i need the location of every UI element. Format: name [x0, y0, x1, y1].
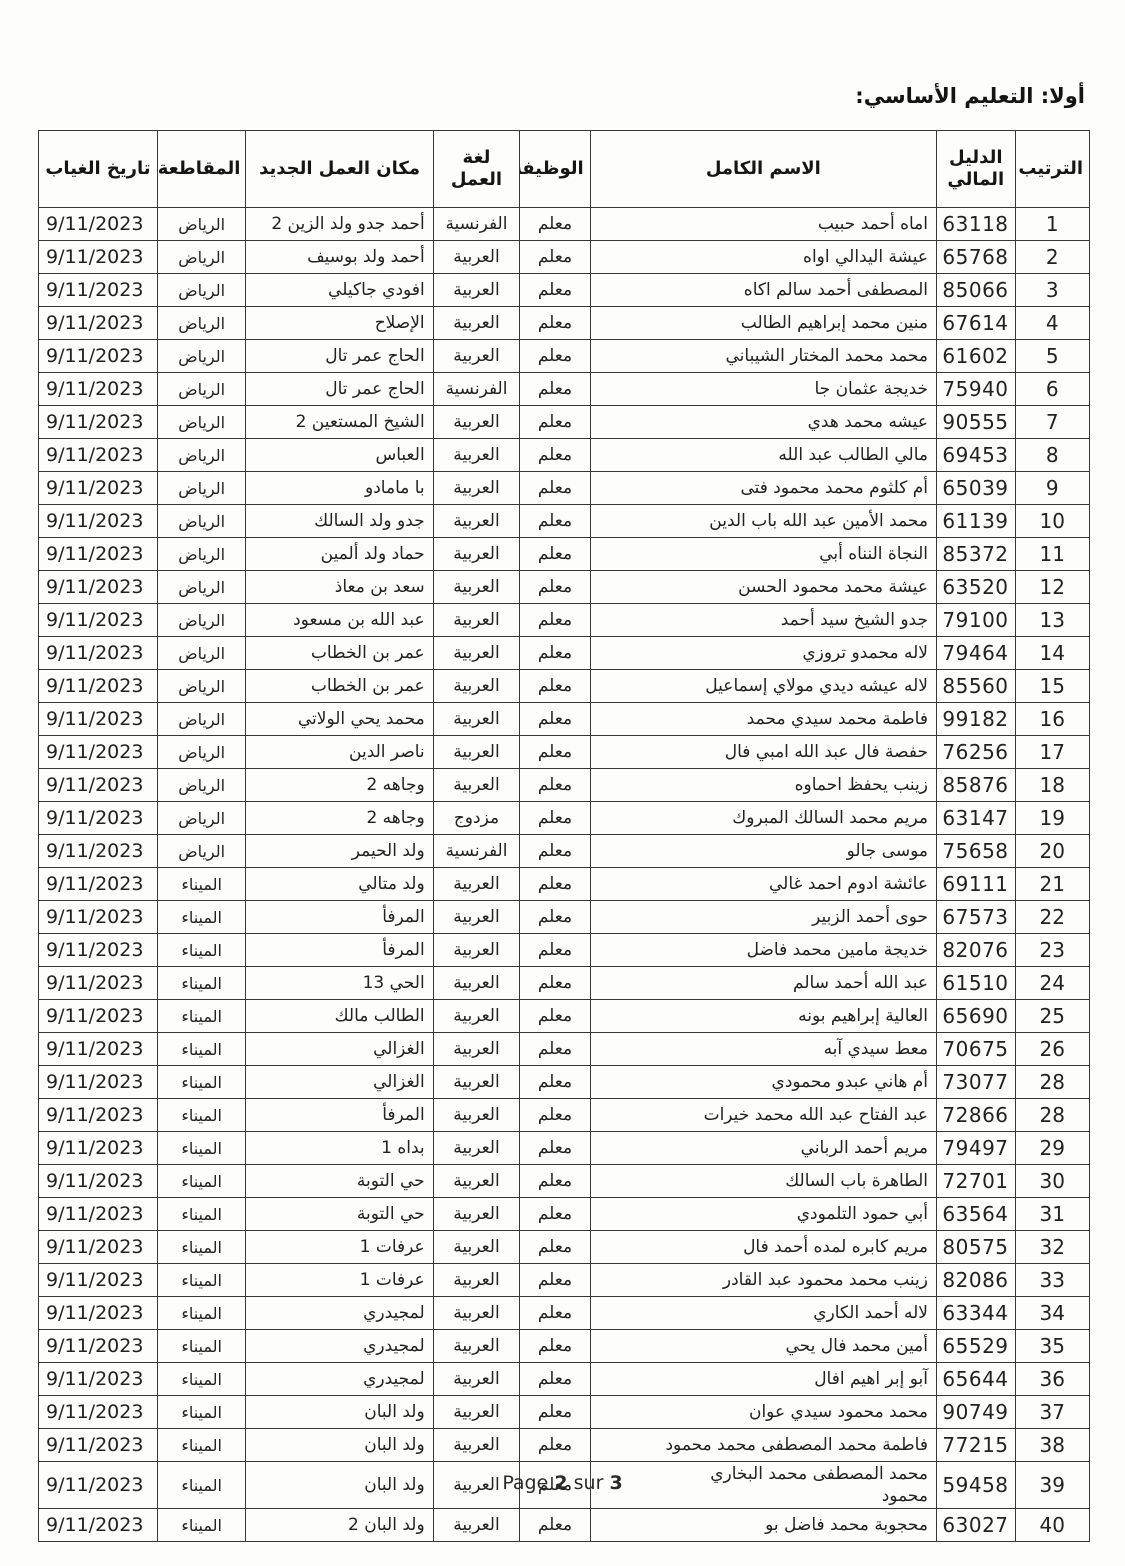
cell-place: الغزالي	[246, 1033, 433, 1066]
cell-lang: العربية	[433, 1264, 520, 1297]
cell-district: الرياض	[157, 703, 246, 736]
cell-id: 99182	[937, 703, 1016, 736]
cell-job: معلم	[520, 1132, 590, 1165]
cell-date: 9/11/2023	[39, 934, 158, 967]
cell-id: 79497	[937, 1132, 1016, 1165]
cell-place: الإصلاح	[246, 307, 433, 340]
cell-date: 9/11/2023	[39, 967, 158, 1000]
cell-rank: 36	[1015, 1363, 1089, 1396]
table-row: 1479464لاله محمدو تروزيمعلمالعربيةعمر بن…	[39, 637, 1090, 670]
cell-rank: 33	[1015, 1264, 1089, 1297]
cell-rank: 12	[1015, 571, 1089, 604]
table-row: 1585560لاله عيشه ديدي مولاي إسماعيلمعلما…	[39, 670, 1090, 703]
cell-name: أبي حمود التلمودي	[590, 1198, 936, 1231]
table-row: 1061139محمد الأمين عبد الله باب الدينمعل…	[39, 505, 1090, 538]
cell-id: 63147	[937, 802, 1016, 835]
cell-date: 9/11/2023	[39, 1231, 158, 1264]
cell-rank: 38	[1015, 1429, 1089, 1462]
cell-place: سعد بن معاذ	[246, 571, 433, 604]
cell-id: 69453	[937, 439, 1016, 472]
table-row: 2267573حوى أحمد الزبيرمعلمالعربيةالمرفأا…	[39, 901, 1090, 934]
cell-job: معلم	[520, 1363, 590, 1396]
cell-place: ولد البان	[246, 1429, 433, 1462]
cell-place: الغزالي	[246, 1066, 433, 1099]
cell-place: بداه 1	[246, 1132, 433, 1165]
cell-district: الميناء	[157, 1363, 246, 1396]
cell-rank: 32	[1015, 1231, 1089, 1264]
table-row: 1885876زينب يحفظ احماوهمعلمالعربيةوجاهه …	[39, 769, 1090, 802]
cell-lang: العربية	[433, 1033, 520, 1066]
cell-id: 76256	[937, 736, 1016, 769]
cell-date: 9/11/2023	[39, 538, 158, 571]
cell-date: 9/11/2023	[39, 505, 158, 538]
cell-district: الميناء	[157, 868, 246, 901]
cell-name: مريم أحمد الرباني	[590, 1132, 936, 1165]
cell-name: محمد محمود سيدي عوان	[590, 1396, 936, 1429]
cell-id: 65644	[937, 1363, 1016, 1396]
cell-job: معلم	[520, 505, 590, 538]
cell-name: أمين محمد فال يحي	[590, 1330, 936, 1363]
table-row: 1963147مريم محمد السالك المبروكمعلممزدوج…	[39, 802, 1090, 835]
cell-job: معلم	[520, 373, 590, 406]
cell-date: 9/11/2023	[39, 1429, 158, 1462]
cell-id: 67573	[937, 901, 1016, 934]
cell-job: معلم	[520, 1198, 590, 1231]
table-row: 3790749محمد محمود سيدي عوانمعلمالعربيةول…	[39, 1396, 1090, 1429]
cell-place: الحاج عمر تال	[246, 373, 433, 406]
cell-name: لاله عيشه ديدي مولاي إسماعيل	[590, 670, 936, 703]
table-row: 467614منين محمد إبراهيم الطالبمعلمالعربي…	[39, 307, 1090, 340]
table-header-row: الترتيبالدليل الماليالاسم الكاملالوظيفةل…	[39, 131, 1090, 208]
cell-name: العالية إبراهيم بونه	[590, 1000, 936, 1033]
cell-date: 9/11/2023	[39, 439, 158, 472]
table-row: 2075658موسى جالومعلمالفرنسيةولد الحيمرال…	[39, 835, 1090, 868]
cell-district: الميناء	[157, 1132, 246, 1165]
cell-place: المرفأ	[246, 1099, 433, 1132]
cell-district: الرياض	[157, 373, 246, 406]
cell-district: الميناء	[157, 1396, 246, 1429]
table-row: 3565529أمين محمد فال يحيمعلمالعربيةلمجيد…	[39, 1330, 1090, 1363]
cell-rank: 26	[1015, 1033, 1089, 1066]
table-row: 4063027محجوبة محمد فاضل بومعلمالعربيةولد…	[39, 1509, 1090, 1542]
cell-place: عرفات 1	[246, 1264, 433, 1297]
cell-date: 9/11/2023	[39, 604, 158, 637]
cell-district: الميناء	[157, 1033, 246, 1066]
table-row: 3877215فاطمة محمد المصطفى محمد محمودمعلم…	[39, 1429, 1090, 1462]
cell-id: 63564	[937, 1198, 1016, 1231]
cell-rank: 24	[1015, 967, 1089, 1000]
cell-lang: العربية	[433, 1099, 520, 1132]
cell-id: 90749	[937, 1396, 1016, 1429]
cell-district: الميناء	[157, 901, 246, 934]
table-row: 2873077أم هاني عبدو محموديمعلمالعربيةالغ…	[39, 1066, 1090, 1099]
table-row: 3072701الطاهرة باب السالكمعلمالعربيةحي ا…	[39, 1165, 1090, 1198]
cell-lang: العربية	[433, 1231, 520, 1264]
cell-lang: العربية	[433, 868, 520, 901]
cell-rank: 28	[1015, 1066, 1089, 1099]
cell-id: 65039	[937, 472, 1016, 505]
cell-name: الطاهرة باب السالك	[590, 1165, 936, 1198]
cell-date: 9/11/2023	[39, 802, 158, 835]
cell-district: الرياض	[157, 208, 246, 241]
cell-lang: العربية	[433, 1297, 520, 1330]
cell-rank: 1	[1015, 208, 1089, 241]
cell-rank: 29	[1015, 1132, 1089, 1165]
cell-district: الرياض	[157, 406, 246, 439]
cell-job: معلم	[520, 1099, 590, 1132]
cell-place: وجاهه 2	[246, 769, 433, 802]
cell-district: الرياض	[157, 538, 246, 571]
cell-lang: العربية	[433, 1363, 520, 1396]
cell-lang: العربية	[433, 1429, 520, 1462]
cell-lang: العربية	[433, 1198, 520, 1231]
cell-date: 9/11/2023	[39, 340, 158, 373]
cell-job: معلم	[520, 241, 590, 274]
cell-place: لمجيدري	[246, 1363, 433, 1396]
cell-name: خديجة عثمان جا	[590, 373, 936, 406]
column-header-lang: لغة العمل	[433, 131, 520, 208]
cell-place: ولد البان	[246, 1396, 433, 1429]
cell-rank: 8	[1015, 439, 1089, 472]
column-header-date: تاريخ الغياب	[39, 131, 158, 208]
cell-job: معلم	[520, 208, 590, 241]
table-row: 869453مالي الطالب عبد اللهمعلمالعربيةالع…	[39, 439, 1090, 472]
cell-id: 63118	[937, 208, 1016, 241]
cell-place: الحاج عمر تال	[246, 340, 433, 373]
cell-lang: العربية	[433, 1066, 520, 1099]
cell-id: 85372	[937, 538, 1016, 571]
cell-name: جدو الشيخ سيد أحمد	[590, 604, 936, 637]
column-header-place: مكان العمل الجديد	[246, 131, 433, 208]
cell-place: حي التوبة	[246, 1165, 433, 1198]
cell-rank: 23	[1015, 934, 1089, 967]
cell-date: 9/11/2023	[39, 406, 158, 439]
cell-id: 77215	[937, 1429, 1016, 1462]
cell-district: الميناء	[157, 967, 246, 1000]
cell-name: مريم كابره لمده أحمد فال	[590, 1231, 936, 1264]
cell-lang: العربية	[433, 1000, 520, 1033]
cell-place: عمر بن الخطاب	[246, 637, 433, 670]
cell-job: معلم	[520, 934, 590, 967]
cell-job: معلم	[520, 274, 590, 307]
cell-district: الرياض	[157, 604, 246, 637]
cell-job: معلم	[520, 1429, 590, 1462]
cell-id: 82076	[937, 934, 1016, 967]
cell-id: 61602	[937, 340, 1016, 373]
table-row: 1699182فاطمة محمد سيدي محمدمعلمالعربيةمح…	[39, 703, 1090, 736]
cell-rank: 6	[1015, 373, 1089, 406]
cell-job: معلم	[520, 1264, 590, 1297]
table-row: 1263520عيشة محمد محمود الحسنمعلمالعربيةس…	[39, 571, 1090, 604]
cell-name: منين محمد إبراهيم الطالب	[590, 307, 936, 340]
cell-place: عبد الله بن مسعود	[246, 604, 433, 637]
cell-place: افودي جاكيلي	[246, 274, 433, 307]
cell-district: الميناء	[157, 1066, 246, 1099]
cell-rank: 20	[1015, 835, 1089, 868]
cell-name: عبد الفتاح عبد الله محمد خيرات	[590, 1099, 936, 1132]
cell-id: 79100	[937, 604, 1016, 637]
scanned-document-page: أولا: التعليم الأساسي: الترتيبالدليل الم…	[0, 0, 1125, 1566]
cell-place: الحي 13	[246, 967, 433, 1000]
cell-job: معلم	[520, 472, 590, 505]
cell-date: 9/11/2023	[39, 835, 158, 868]
cell-place: أحمد جدو ولد الزين 2	[246, 208, 433, 241]
cell-rank: 11	[1015, 538, 1089, 571]
cell-id: 75940	[937, 373, 1016, 406]
cell-job: معلم	[520, 967, 590, 1000]
footer-page-number: 2	[554, 1472, 567, 1494]
cell-job: معلم	[520, 1165, 590, 1198]
cell-rank: 2	[1015, 241, 1089, 274]
cell-district: الرياض	[157, 307, 246, 340]
table-row: 2872866عبد الفتاح عبد الله محمد خيراتمعل…	[39, 1099, 1090, 1132]
cell-date: 9/11/2023	[39, 472, 158, 505]
cell-name: حوى أحمد الزبير	[590, 901, 936, 934]
cell-place: أحمد ولد بوسيف	[246, 241, 433, 274]
cell-place: لمجيدري	[246, 1330, 433, 1363]
table-row: 965039أم كلثوم محمد محمود فتىمعلمالعربية…	[39, 472, 1090, 505]
cell-date: 9/11/2023	[39, 1264, 158, 1297]
cell-lang: العربية	[433, 1132, 520, 1165]
table-row: 790555عيشه محمد هديمعلمالعربيةالشيخ المس…	[39, 406, 1090, 439]
section-title: أولا: التعليم الأساسي:	[855, 84, 1085, 108]
table-row: 2382076خديجة مامين محمد فاضلمعلمالعربيةا…	[39, 934, 1090, 967]
cell-place: ولد متالي	[246, 868, 433, 901]
cell-id: 65690	[937, 1000, 1016, 1033]
cell-name: حفصة فال عبد الله امبي فال	[590, 736, 936, 769]
cell-lang: العربية	[433, 901, 520, 934]
cell-name: عيشة اليدالي اواه	[590, 241, 936, 274]
cell-rank: 3	[1015, 274, 1089, 307]
cell-place: الشيخ المستعين 2	[246, 406, 433, 439]
cell-job: معلم	[520, 868, 590, 901]
cell-district: الميناء	[157, 1509, 246, 1542]
cell-name: أم كلثوم محمد محمود فتى	[590, 472, 936, 505]
cell-job: معلم	[520, 439, 590, 472]
cell-name: المصطفى أحمد سالم اكاه	[590, 274, 936, 307]
cell-name: مالي الطالب عبد الله	[590, 439, 936, 472]
cell-job: معلم	[520, 1066, 590, 1099]
cell-lang: العربية	[433, 1396, 520, 1429]
page-number-footer: Page 2 sur 3	[0, 1472, 1125, 1494]
cell-name: النجاة النناه أبي	[590, 538, 936, 571]
cell-district: الرياض	[157, 505, 246, 538]
cell-lang: العربية	[433, 604, 520, 637]
cell-district: الميناء	[157, 1330, 246, 1363]
cell-district: الميناء	[157, 1000, 246, 1033]
cell-district: الميناء	[157, 1198, 246, 1231]
cell-job: معلم	[520, 1396, 590, 1429]
cell-name: عيشه محمد هدي	[590, 406, 936, 439]
table-row: 1379100جدو الشيخ سيد أحمدمعلمالعربيةعبد …	[39, 604, 1090, 637]
table-row: 2565690العالية إبراهيم بونهمعلمالعربيةال…	[39, 1000, 1090, 1033]
cell-id: 82086	[937, 1264, 1016, 1297]
cell-date: 9/11/2023	[39, 1000, 158, 1033]
cell-job: معلم	[520, 1330, 590, 1363]
cell-district: الرياض	[157, 769, 246, 802]
cell-job: معلم	[520, 736, 590, 769]
column-header-job: الوظيفة	[520, 131, 590, 208]
cell-rank: 31	[1015, 1198, 1089, 1231]
table-row: 1185372النجاة النناه أبيمعلمالعربيةحماد …	[39, 538, 1090, 571]
cell-lang: العربية	[433, 505, 520, 538]
cell-place: عرفات 1	[246, 1231, 433, 1264]
cell-lang: العربية	[433, 571, 520, 604]
cell-date: 9/11/2023	[39, 1033, 158, 1066]
cell-id: 65529	[937, 1330, 1016, 1363]
cell-date: 9/11/2023	[39, 901, 158, 934]
cell-date: 9/11/2023	[39, 274, 158, 307]
column-header-rank: الترتيب	[1015, 131, 1089, 208]
cell-name: آبو إبر اهيم افال	[590, 1363, 936, 1396]
cell-rank: 9	[1015, 472, 1089, 505]
cell-lang: العربية	[433, 307, 520, 340]
table-row: 3163564أبي حمود التلموديمعلمالعربيةحي ال…	[39, 1198, 1090, 1231]
cell-job: معلم	[520, 802, 590, 835]
cell-job: معلم	[520, 307, 590, 340]
cell-place: المرفأ	[246, 901, 433, 934]
cell-district: الرياض	[157, 274, 246, 307]
cell-lang: العربية	[433, 274, 520, 307]
cell-rank: 19	[1015, 802, 1089, 835]
cell-name: محمد الأمين عبد الله باب الدين	[590, 505, 936, 538]
cell-job: معلم	[520, 1000, 590, 1033]
cell-job: معلم	[520, 670, 590, 703]
cell-id: 65768	[937, 241, 1016, 274]
cell-district: الميناء	[157, 1231, 246, 1264]
cell-id: 61139	[937, 505, 1016, 538]
cell-id: 61510	[937, 967, 1016, 1000]
cell-name: معط سيدي آبه	[590, 1033, 936, 1066]
cell-lang: الفرنسية	[433, 208, 520, 241]
cell-lang: العربية	[433, 769, 520, 802]
cell-id: 85560	[937, 670, 1016, 703]
cell-rank: 14	[1015, 637, 1089, 670]
cell-rank: 30	[1015, 1165, 1089, 1198]
cell-id: 72701	[937, 1165, 1016, 1198]
cell-place: العباس	[246, 439, 433, 472]
cell-date: 9/11/2023	[39, 571, 158, 604]
cell-name: اماه أحمد حبيب	[590, 208, 936, 241]
cell-job: معلم	[520, 604, 590, 637]
cell-rank: 21	[1015, 868, 1089, 901]
cell-rank: 15	[1015, 670, 1089, 703]
cell-date: 9/11/2023	[39, 1066, 158, 1099]
cell-id: 85066	[937, 274, 1016, 307]
cell-district: الرياض	[157, 802, 246, 835]
cell-name: لاله محمدو تروزي	[590, 637, 936, 670]
cell-date: 9/11/2023	[39, 208, 158, 241]
cell-id: 67614	[937, 307, 1016, 340]
cell-place: محمد يحي الولاتي	[246, 703, 433, 736]
cell-id: 90555	[937, 406, 1016, 439]
column-header-name: الاسم الكامل	[590, 131, 936, 208]
cell-lang: العربية	[433, 703, 520, 736]
table-row: 3280575مريم كابره لمده أحمد فالمعلمالعرب…	[39, 1231, 1090, 1264]
cell-job: معلم	[520, 1033, 590, 1066]
cell-name: أم هاني عبدو محمودي	[590, 1066, 936, 1099]
cell-date: 9/11/2023	[39, 670, 158, 703]
cell-place: با مامادو	[246, 472, 433, 505]
table-row: 265768عيشة اليدالي اواهمعلمالعربيةأحمد و…	[39, 241, 1090, 274]
cell-rank: 25	[1015, 1000, 1089, 1033]
cell-district: الميناء	[157, 1264, 246, 1297]
cell-rank: 10	[1015, 505, 1089, 538]
cell-job: معلم	[520, 1231, 590, 1264]
teachers-table: الترتيبالدليل الماليالاسم الكاملالوظيفةل…	[38, 130, 1090, 1542]
cell-date: 9/11/2023	[39, 703, 158, 736]
cell-lang: العربية	[433, 241, 520, 274]
cell-lang: العربية	[433, 1509, 520, 1542]
cell-district: الرياض	[157, 670, 246, 703]
cell-name: عبد الله أحمد سالم	[590, 967, 936, 1000]
cell-date: 9/11/2023	[39, 307, 158, 340]
cell-place: وجاهه 2	[246, 802, 433, 835]
cell-lang: مزدوج	[433, 802, 520, 835]
cell-place: حي التوبة	[246, 1198, 433, 1231]
cell-date: 9/11/2023	[39, 1165, 158, 1198]
cell-date: 9/11/2023	[39, 637, 158, 670]
cell-rank: 37	[1015, 1396, 1089, 1429]
cell-lang: العربية	[433, 637, 520, 670]
table-row: 3463344لاله أحمد الكاريمعلمالعربيةلمجيدر…	[39, 1297, 1090, 1330]
cell-id: 69111	[937, 868, 1016, 901]
cell-job: معلم	[520, 835, 590, 868]
cell-lang: العربية	[433, 340, 520, 373]
cell-name: زينب يحفظ احماوه	[590, 769, 936, 802]
cell-id: 63027	[937, 1509, 1016, 1542]
cell-rank: 7	[1015, 406, 1089, 439]
cell-lang: العربية	[433, 670, 520, 703]
cell-district: الرياض	[157, 571, 246, 604]
cell-lang: العربية	[433, 1165, 520, 1198]
cell-id: 73077	[937, 1066, 1016, 1099]
cell-job: معلم	[520, 1297, 590, 1330]
cell-job: معلم	[520, 901, 590, 934]
cell-id: 80575	[937, 1231, 1016, 1264]
cell-lang: العربية	[433, 472, 520, 505]
cell-job: معلم	[520, 340, 590, 373]
cell-district: الرياض	[157, 835, 246, 868]
table-row: 2461510عبد الله أحمد سالممعلمالعربيةالحي…	[39, 967, 1090, 1000]
cell-place: حماد ولد ألمين	[246, 538, 433, 571]
cell-place: جدو ولد السالك	[246, 505, 433, 538]
cell-rank: 17	[1015, 736, 1089, 769]
cell-name: مريم محمد السالك المبروك	[590, 802, 936, 835]
table-row: 3382086زينب محمد محمود عبد القادرمعلمالع…	[39, 1264, 1090, 1297]
cell-date: 9/11/2023	[39, 373, 158, 406]
cell-rank: 4	[1015, 307, 1089, 340]
cell-id: 79464	[937, 637, 1016, 670]
table-row: 385066المصطفى أحمد سالم اكاهمعلمالعربيةا…	[39, 274, 1090, 307]
cell-lang: العربية	[433, 967, 520, 1000]
footer-total-pages: 3	[609, 1472, 622, 1494]
cell-job: معلم	[520, 406, 590, 439]
cell-job: معلم	[520, 703, 590, 736]
table-row: 2670675معط سيدي آبهمعلمالعربيةالغزاليالم…	[39, 1033, 1090, 1066]
cell-id: 72866	[937, 1099, 1016, 1132]
cell-job: معلم	[520, 538, 590, 571]
cell-job: معلم	[520, 571, 590, 604]
cell-date: 9/11/2023	[39, 736, 158, 769]
cell-lang: الفرنسية	[433, 373, 520, 406]
cell-district: الرياض	[157, 340, 246, 373]
table-row: 163118اماه أحمد حبيبمعلمالفرنسيةأحمد جدو…	[39, 208, 1090, 241]
cell-district: الميناء	[157, 1429, 246, 1462]
cell-name: محجوبة محمد فاضل بو	[590, 1509, 936, 1542]
cell-job: معلم	[520, 1509, 590, 1542]
cell-lang: الفرنسية	[433, 835, 520, 868]
